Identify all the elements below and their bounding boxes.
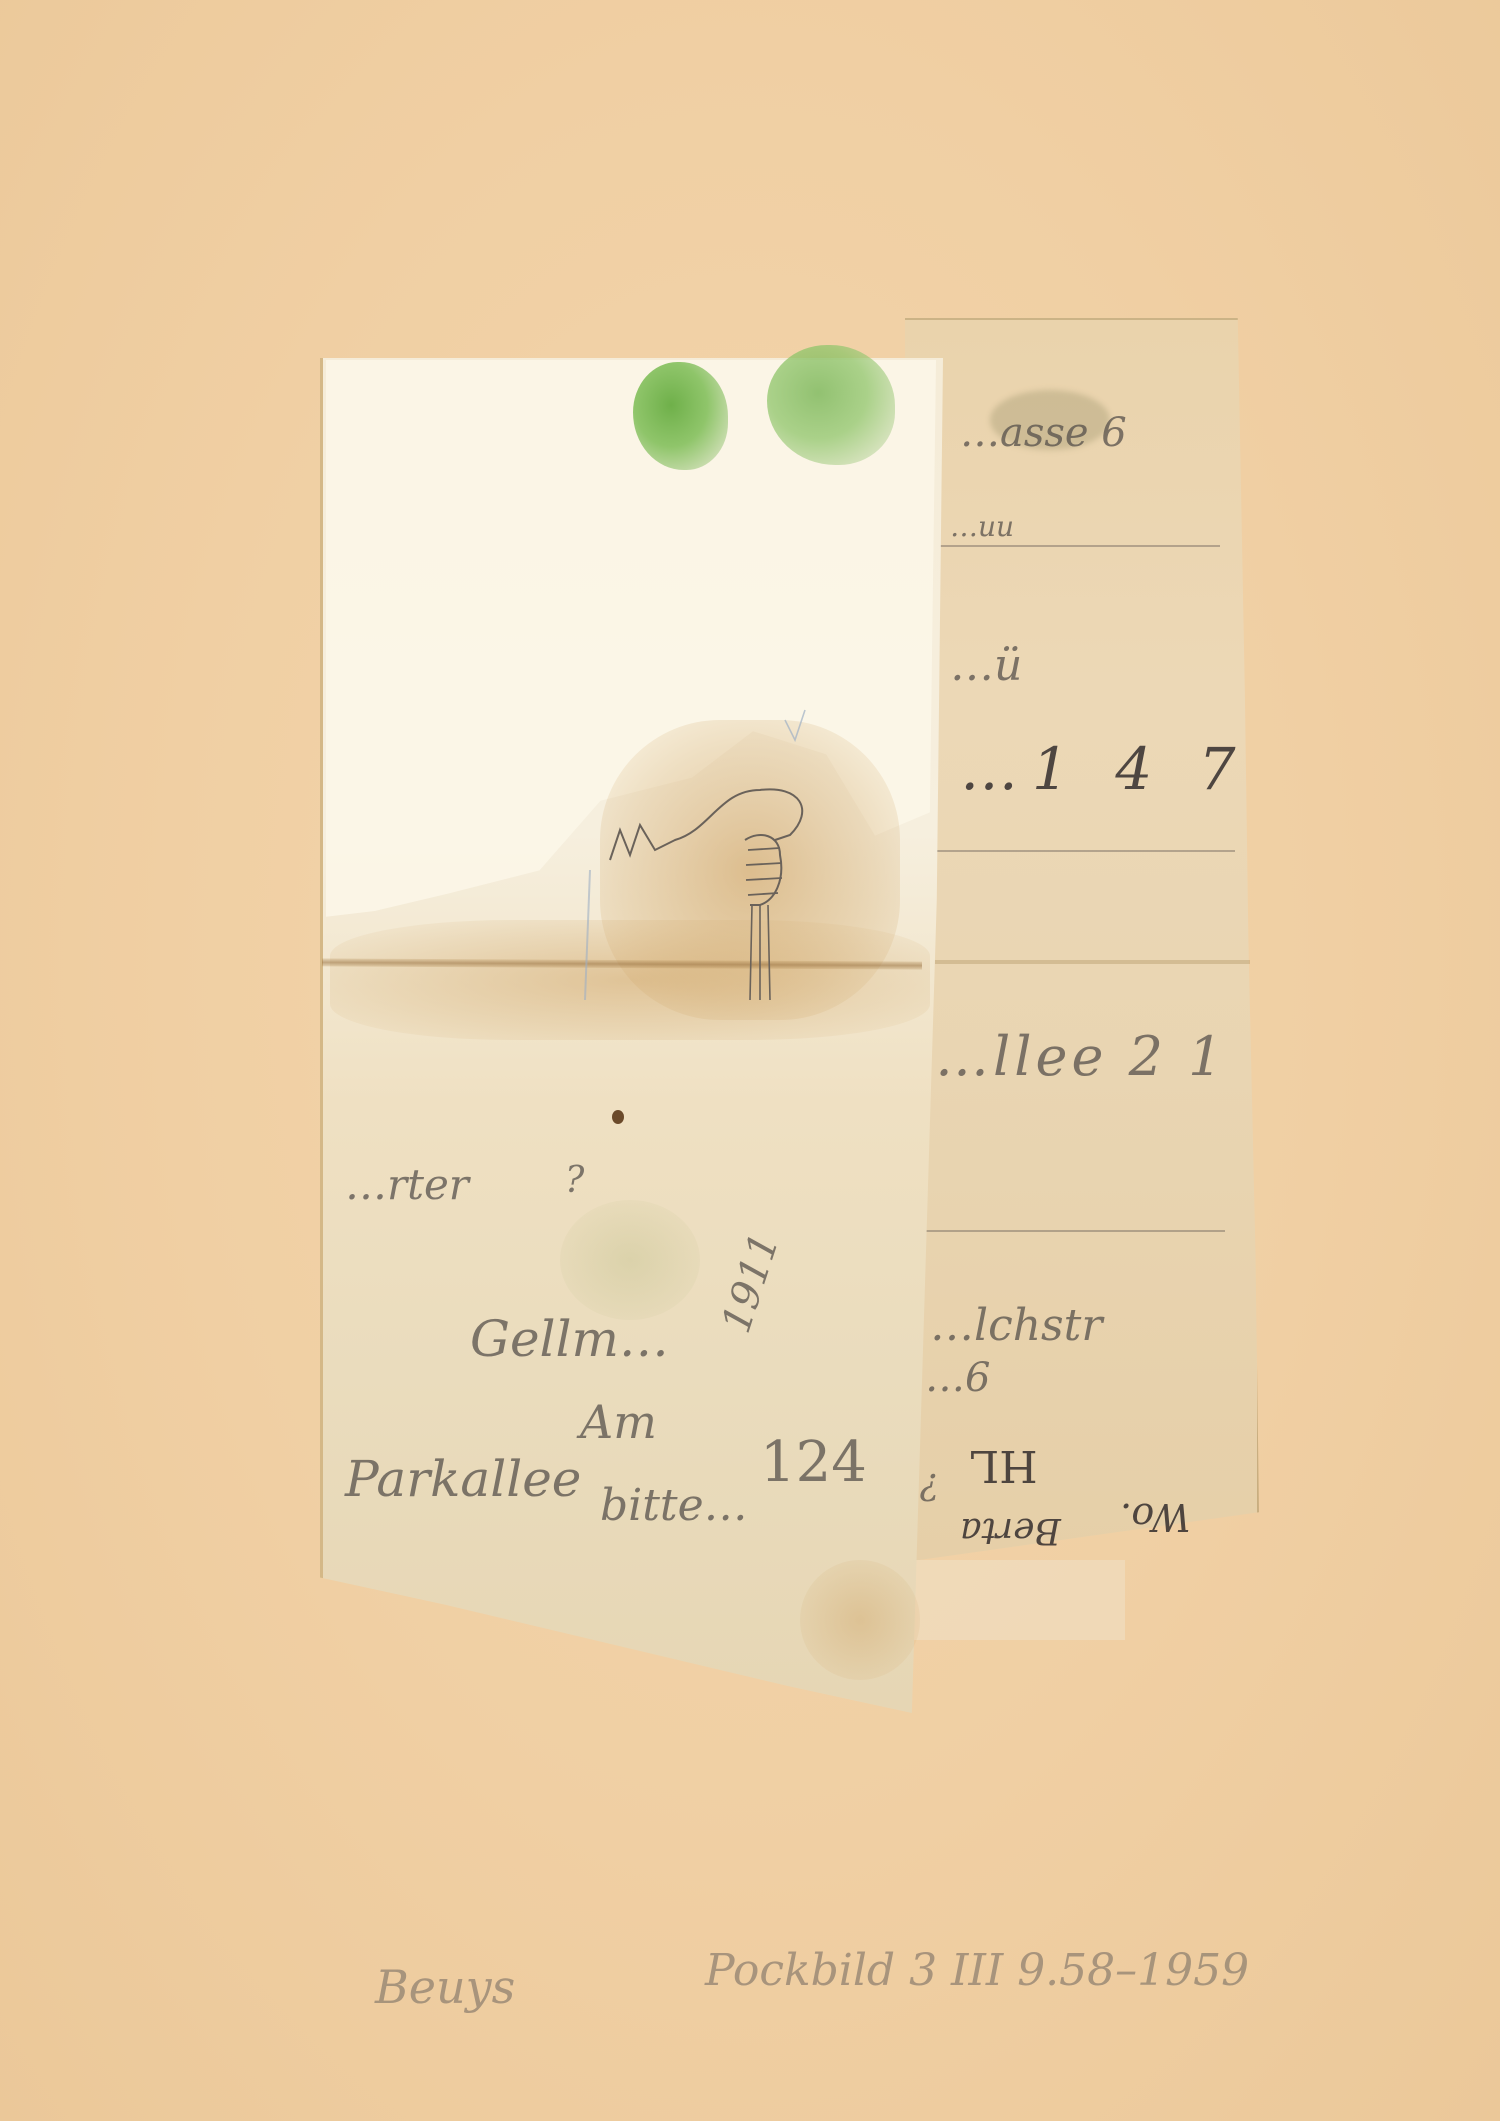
greenish-stain [560, 1200, 700, 1320]
inscription-am: Am [580, 1395, 657, 1449]
inscription-allee: …llee 2 1 [935, 1025, 1227, 1088]
inscription-124: 124 [760, 1430, 867, 1495]
inscription-number: …1 4 7 [960, 735, 1250, 803]
inverted-inscription-wo: Wo. [1120, 1495, 1191, 1539]
inscription-question: ? [565, 1160, 584, 1201]
ruled-line [935, 545, 1220, 547]
artist-signature: Beuys [375, 1960, 515, 2014]
inscription-number-6: …6 [925, 1355, 990, 1401]
inscription-rter: …rter [345, 1160, 469, 1209]
burn-spot [612, 1110, 624, 1124]
inscription-strasse: …lchstr [930, 1300, 1102, 1351]
inverted-inscription-question: ? [920, 1465, 939, 1506]
inverted-inscription-hl: HL [970, 1440, 1038, 1491]
inscription-street-1: …asse 6 [960, 410, 1127, 456]
inscription-parkallee: Parkallee [345, 1450, 581, 1508]
inscription-gellm: Gellm… [470, 1310, 669, 1368]
ruled-line [935, 850, 1235, 852]
figure-sketch-icon [600, 680, 860, 1020]
card-fold [935, 960, 1250, 964]
artwork-title: Pockbild 3 III 9.58–1959 [705, 1945, 1249, 1996]
inscription-bitte: bitte… [600, 1480, 748, 1531]
inverted-inscription-berta: Berta [960, 1510, 1061, 1551]
inscription-line-2: …uu [950, 510, 1014, 543]
inscription-line-3: …ü [950, 640, 1022, 691]
ruled-line [925, 1230, 1225, 1232]
brown-stain [800, 1560, 920, 1680]
back-card-underlayer [905, 1560, 1125, 1640]
